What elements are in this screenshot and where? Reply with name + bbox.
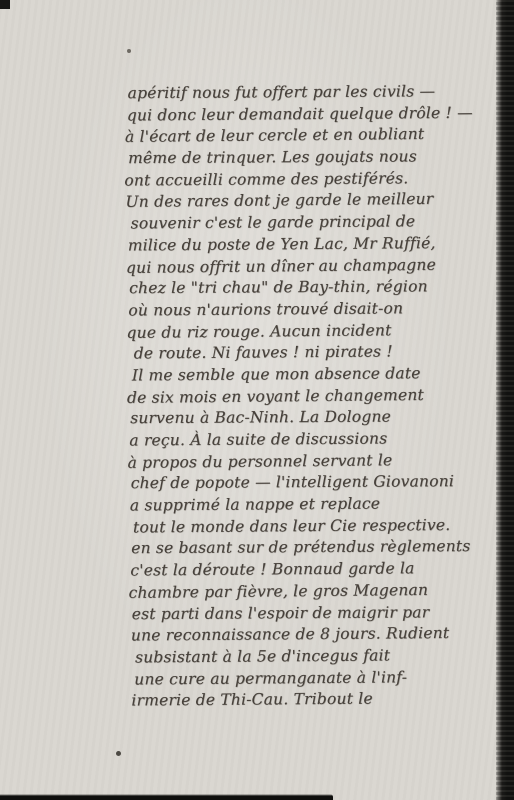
handwritten-line: a reçu. À la suite de discussions <box>129 427 511 452</box>
album-edge-shadow-right <box>496 0 514 800</box>
handwritten-line: de route. Ni fauves ! ni pirates ! <box>134 341 514 366</box>
handwritten-line: irmerie de Thi-Cau. Tribout le <box>131 688 513 713</box>
handwritten-line: a supprimé la nappe et replace <box>130 493 512 518</box>
handwritten-text-block: apéritif nous fut offert par les civils … <box>127 81 514 713</box>
scanned-manuscript-page: apéritif nous fut offert par les civils … <box>0 0 514 800</box>
ink-speck <box>116 751 121 756</box>
handwritten-line: souvenir c'est le garde principal de <box>131 211 513 236</box>
handwritten-line: chef de popote — l'intelligent Giovanoni <box>131 471 513 495</box>
album-edge-shadow-bottom <box>0 794 333 800</box>
ink-speck <box>127 49 131 53</box>
handwritten-line: est parti dans l'espoir de maigrir par <box>132 601 514 625</box>
handwritten-line: c'est la déroute ! Bonnaud garde la <box>130 558 512 583</box>
handwritten-line: en se basant sur de prétendus règlements <box>131 536 513 560</box>
handwritten-line: milice du poste de Yen Lac, Mr Ruffié, <box>128 232 510 257</box>
handwritten-line: une cure au permanganate à l'inf- <box>134 666 514 691</box>
handwritten-line: à l'écart de leur cercle et en oubliant <box>125 123 507 148</box>
handwritten-line: chambre par fièvre, le gros Magenan <box>128 579 510 604</box>
handwritten-line: subsistant à la 5e d'incegus fait <box>135 644 514 669</box>
handwritten-line: chez le "tri chau" de Bay-thin, région <box>129 276 511 300</box>
handwritten-line: apéritif nous fut offert par les civils … <box>128 81 510 105</box>
handwritten-line: une reconnaissance de 8 jours. Rudient <box>131 623 513 648</box>
handwritten-line: où nous n'aurions trouvé disait-on <box>128 297 510 322</box>
handwritten-line: même de trinquer. Les goujats nous <box>128 146 510 170</box>
handwritten-line: Il me semble que mon absence date <box>132 362 514 387</box>
album-corner-shadow <box>0 0 10 9</box>
handwritten-line: survenu à Bac-Ninh. La Dologne <box>130 406 512 430</box>
